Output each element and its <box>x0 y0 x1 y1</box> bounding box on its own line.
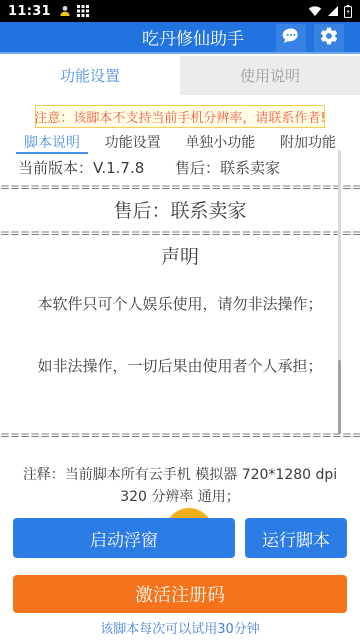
resolution-notice-banner: 注意：该脚本不支持当前手机分辨率，请联系作者! <box>35 105 325 128</box>
current-version-text: 当前版本：V.1.7.8 <box>18 158 144 178</box>
app-title: 吃丹修仙助手 <box>142 25 244 50</box>
tab-function-settings[interactable]: 功能设置 <box>0 56 180 95</box>
phone-screen: 11:31 吃丹修仙助手 <box>0 0 360 640</box>
battery-icon <box>344 5 352 18</box>
chat-button[interactable] <box>276 24 306 52</box>
scrollbar[interactable] <box>338 150 341 434</box>
tab-usage-instructions[interactable]: 使用说明 <box>180 56 360 95</box>
trial-duration-link[interactable]: 该脚本每次可以试用30分钟 <box>0 618 360 637</box>
statement-line-2: 如非法操作，一切后果由使用者个人承担； <box>0 356 360 376</box>
version-row: 当前版本：V.1.7.8 售后：联系卖家 <box>0 156 360 178</box>
support-inline-text: 售后：联系卖家 <box>175 158 280 178</box>
notification-person-icon <box>59 5 71 17</box>
run-script-button[interactable]: 运行脚本 <box>245 518 347 558</box>
activate-registration-code-button[interactable]: 激活注册码 <box>13 575 347 613</box>
subtab-script-description[interactable]: 脚本说明 <box>24 132 80 154</box>
status-bar: 11:31 <box>0 0 360 22</box>
statement-line-1: 本软件只可个人娱乐使用，请勿非法操作； <box>0 294 360 314</box>
sub-tab-bar: 脚本说明 功能设置 单独小功能 附加功能 <box>0 132 360 154</box>
separator-line: ===================================== <box>0 428 360 442</box>
gear-icon <box>319 26 339 50</box>
app-bar: 吃丹修仙助手 <box>0 22 360 54</box>
separator-line: ===================================== <box>0 226 360 240</box>
resolution-note: 注释：当前脚本所有云手机 模拟器 720*1280 dpi 320 分辨率 通用… <box>0 464 360 508</box>
script-description-panel: 当前版本：V.1.7.8 售后：联系卖家 ===================… <box>0 156 360 508</box>
settings-button[interactable] <box>314 24 344 52</box>
scrollbar-thumb[interactable] <box>338 360 341 434</box>
main-tab-bar: 功能设置 使用说明 <box>0 56 360 95</box>
separator-line: ===================================== <box>0 180 360 194</box>
button-label: 激活注册码 <box>135 581 225 607</box>
button-label: 启动浮窗 <box>90 526 158 551</box>
wifi-icon <box>308 5 322 17</box>
signal-icon <box>327 5 339 17</box>
statement-title: 声明 <box>0 244 360 270</box>
clock: 11:31 <box>8 4 51 19</box>
grid-notification-icon <box>77 5 89 17</box>
subtab-function-settings[interactable]: 功能设置 <box>105 132 161 154</box>
support-title: 售后：联系卖家 <box>0 198 360 224</box>
subtab-additional-functions[interactable]: 附加功能 <box>280 132 336 154</box>
button-label: 运行脚本 <box>262 526 330 551</box>
tab-label: 功能设置 <box>60 65 120 86</box>
chat-bubble-icon <box>281 26 301 50</box>
subtab-individual-functions[interactable]: 单独小功能 <box>185 132 255 154</box>
notice-text: 注意：该脚本不支持当前手机分辨率，请联系作者! <box>34 107 325 126</box>
tab-label: 使用说明 <box>240 65 300 86</box>
launch-float-window-button[interactable]: 启动浮窗 <box>13 518 235 558</box>
